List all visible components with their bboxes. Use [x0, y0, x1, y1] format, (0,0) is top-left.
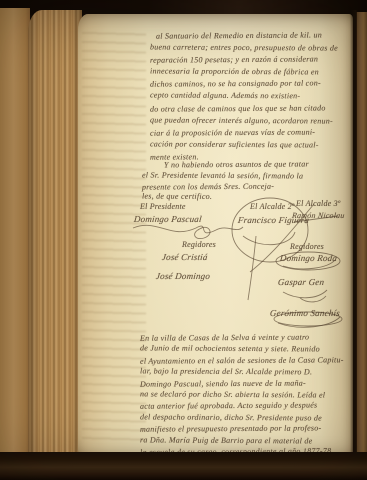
signature-presidente-name: Domingo Pascual — [133, 214, 202, 224]
handwriting-line: lar, bajo la presidencia del Sr. Alcalde… — [140, 366, 344, 379]
handwriting-line: cación por considerar suficientes las qu… — [150, 138, 338, 151]
regidores-right-label: Regidores — [290, 242, 324, 251]
handwriting-line: ciar á la proposición de nuevas vías de … — [150, 126, 338, 139]
book-photo: al Santuario del Remedio en distancia de… — [0, 0, 367, 480]
signature-secretario: Gerónimo Sanchís — [269, 308, 340, 318]
signature-alcalde3-label: El Alcalde 3º — [296, 199, 340, 208]
ink-bleedthrough-texture — [82, 32, 146, 446]
manuscript-page: al Santuario del Remedio en distancia de… — [78, 14, 353, 458]
background-bottom-band — [0, 452, 367, 480]
signature-regidor: Gaspar Gen — [277, 277, 324, 287]
book-cover-edge — [0, 8, 30, 460]
handwriting-line: Y no habiendo otros asuntos de que trata… — [142, 159, 309, 171]
signature-alcalde2-label: El Alcalde 2º — [250, 202, 294, 211]
next-page-edge — [356, 12, 367, 460]
handwriting-line: que puedan ofrecer interés alguno, acord… — [150, 114, 338, 127]
handwriting-line: do otra clase de caminos que los que se … — [150, 102, 338, 115]
signature-regidor: José Cristiá — [161, 252, 208, 262]
handwriting-line: el Sr. Presidente levantó la sesión, fir… — [142, 170, 309, 182]
handwriting-line: acta anterior fué aprobada. Acto seguido… — [140, 400, 344, 413]
signature-alcalde3-name: Ramón Nicolau — [292, 211, 346, 220]
signature-regidor: José Domingo — [155, 271, 210, 281]
signature-presidente-label: El Presidente — [140, 202, 186, 211]
page-stack-edges — [28, 10, 82, 462]
signature-regidor: Domingo Roda — [279, 253, 337, 263]
paragraph-new-session: En la villa de Casas de la Selva á veint… — [140, 332, 344, 457]
regidores-left-label: Regidores — [182, 240, 216, 249]
paragraph-closing: Y no habiendo otros asuntos de que trata… — [142, 160, 309, 203]
handwriting-line: manifiesto el presupuesto presentado por… — [140, 422, 344, 435]
handwriting-line: cepto cantidad alguna. Además no existie… — [150, 90, 338, 103]
paragraph-roads: al Santuario del Remedio en distancia de… — [150, 30, 338, 163]
